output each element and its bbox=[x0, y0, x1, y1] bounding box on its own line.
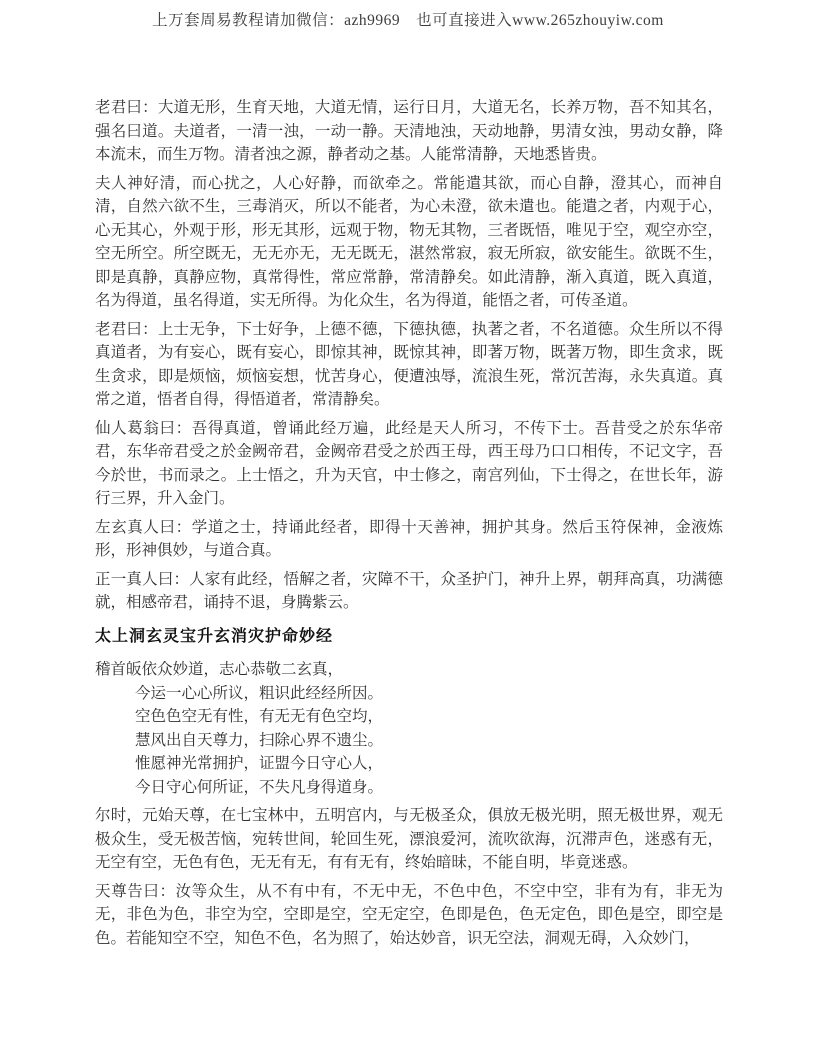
poem-line: 今运一心心所议，粗识此经经所因。 bbox=[95, 682, 723, 706]
paragraph-laojun-2: 老君曰：上士无争，下士好争，上德不德，下德执德，执著之者，不名道德。众生所以不得… bbox=[95, 318, 723, 412]
poem-line: 惟愿神光常拥护，证盟今日守心人， bbox=[95, 752, 723, 776]
paragraph-zuoxuan-zhenren: 左玄真人曰：学道之士，持诵此经者，即得十天善神，拥护其身。然后玉符保神，金液炼形… bbox=[95, 516, 723, 563]
opening-verse: 稽首皈依众妙道，志心恭敬二玄真， 今运一心心所议，粗识此经经所因。 空色色空无有… bbox=[95, 658, 723, 799]
paragraph-spirit-clarity: 夫人神好清，而心扰之，人心好静，而欲牵之。常能遣其欲，而心自静，澄其心，而神自清… bbox=[95, 172, 723, 313]
paragraph-laojun-1: 老君曰：大道无形，生育天地，大道无情，运行日月，大道无名，长养万物，吾不知其名，… bbox=[95, 96, 723, 167]
poem-line: 空色色空无有性，有无无有色空均， bbox=[95, 705, 723, 729]
paragraph-tianzun-gaoyue: 天尊告曰：汝等众生，从不有中有，不无中无，不色中色，不空中空，非有为有，非无为无… bbox=[95, 880, 723, 951]
poem-line: 今日守心何所证，不失凡身得道身。 bbox=[95, 776, 723, 800]
section-heading-scripture-title: 太上洞玄灵宝升玄消灾护命妙经 bbox=[95, 625, 723, 649]
document-body: 老君曰：大道无形，生育天地，大道无情，运行日月，大道无名，长养万物，吾不知其名，… bbox=[95, 96, 723, 955]
paragraph-yuanshi-tianzun: 尔时，元始天尊，在七宝林中，五明宫内，与无极圣众，俱放无极光明，照无极世界，观无… bbox=[95, 804, 723, 875]
paragraph-zhengyi-zhenren: 正一真人曰：人家有此经，悟解之者，灾障不干，众圣护门，神升上界，朝拜高真，功满德… bbox=[95, 568, 723, 615]
poem-line: 慧风出自天尊力，扫除心界不遗尘。 bbox=[95, 729, 723, 753]
paragraph-immortal-gewong: 仙人葛翁曰：吾得真道，曾诵此经万遍，此经是天人所习，不传下士。吾昔受之於东华帝君… bbox=[95, 417, 723, 511]
document-page: 上万套周易教程请加微信：azh9969 也可直接进入www.265zhouyiw… bbox=[0, 0, 816, 1056]
promo-header-text: 上万套周易教程请加微信：azh9969 也可直接进入www.265zhouyiw… bbox=[0, 8, 816, 30]
poem-line: 稽首皈依众妙道，志心恭敬二玄真， bbox=[95, 658, 723, 682]
